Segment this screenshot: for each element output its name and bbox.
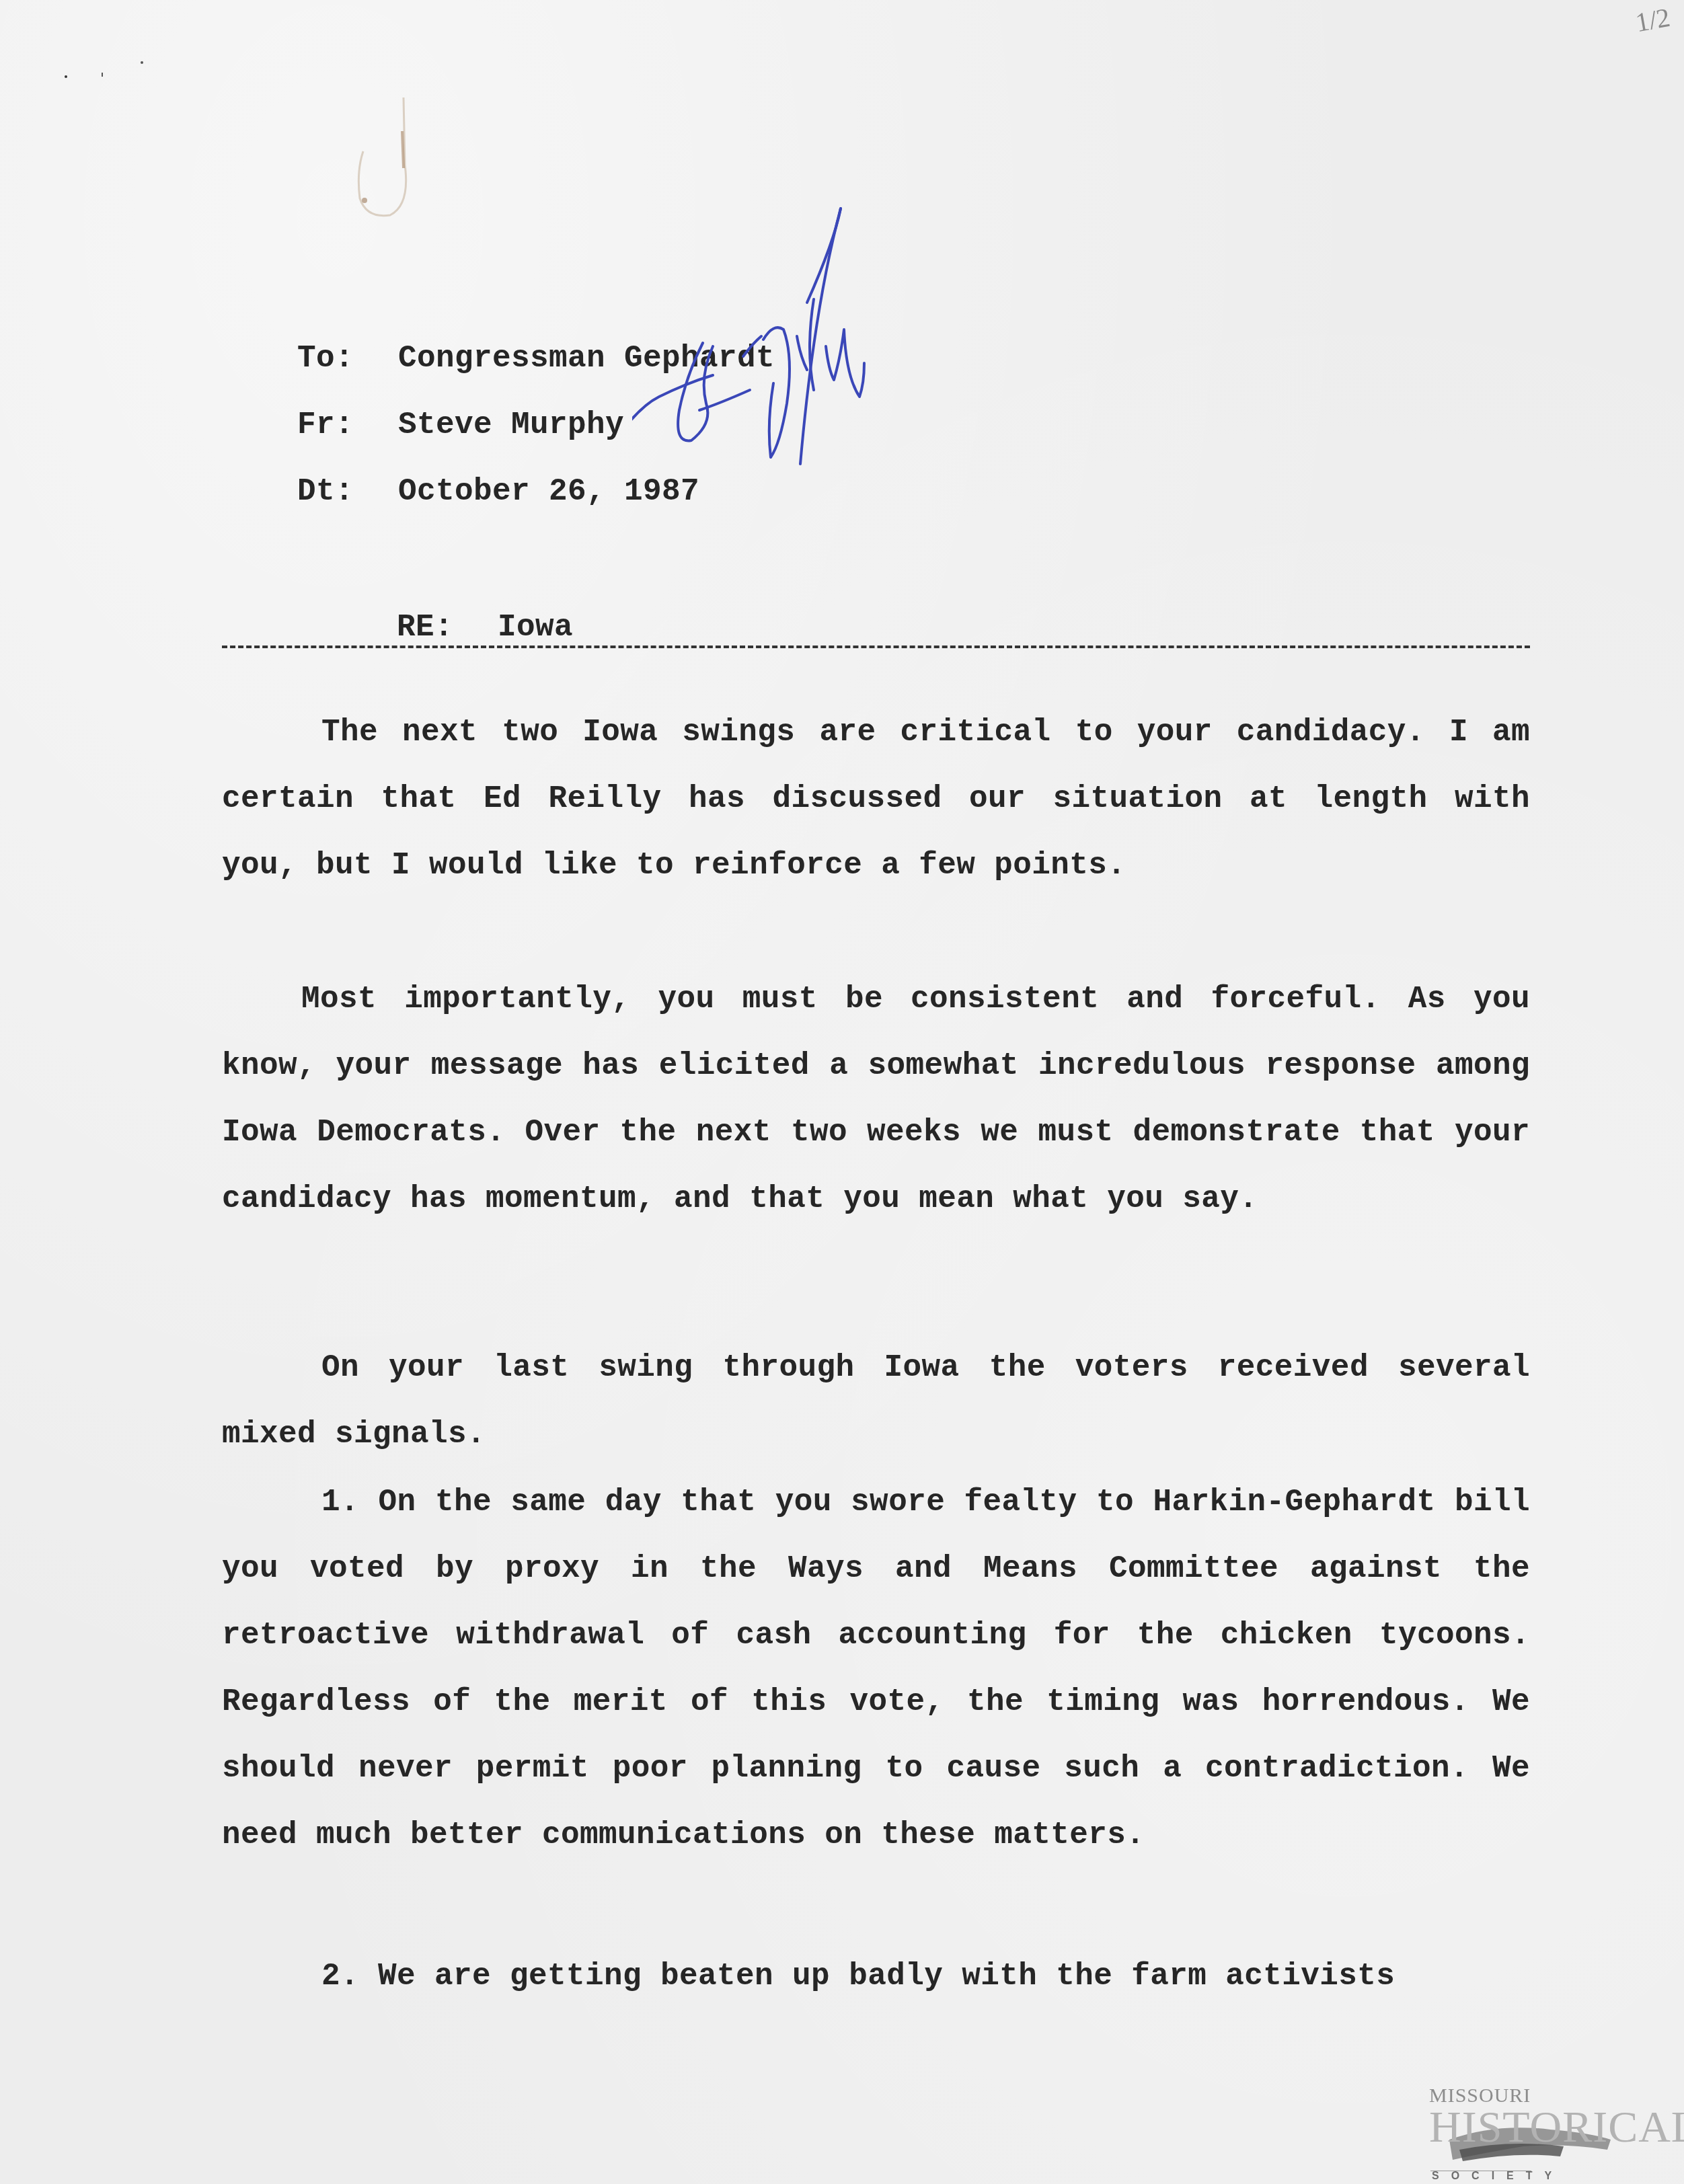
document-page: 1/2 To:Congressman Gephardt Fr:Steve Mur… (0, 0, 1684, 2184)
paragraph-point-2: 2. We are getting beaten up badly with t… (222, 1943, 1530, 2010)
handwritten-signature (632, 202, 1022, 484)
date-label: Dt: (297, 474, 398, 509)
paragraph-1: The next two Iowa swings are critical to… (222, 699, 1530, 899)
logo-line-2: HISTORICAL (1429, 2102, 1684, 2153)
from-label: Fr: (297, 407, 398, 442)
punch-marks (65, 59, 112, 79)
header-divider (222, 646, 1530, 648)
paragraph-2: Most importantly, you must be consistent… (222, 966, 1530, 1233)
paragraph-point-1: 1. On the same day that you swore fealty… (222, 1469, 1530, 1869)
paragraph-3: On your last swing through Iowa the vote… (222, 1335, 1530, 1468)
to-label: To: (297, 341, 398, 376)
logo-line-3: SOCIETY (1432, 2171, 1564, 2183)
re-line: RE:Iowa (321, 575, 573, 680)
re-value: Iowa (498, 610, 573, 645)
stain-mark (343, 91, 417, 225)
missouri-historical-society-logo: MISSOURI HISTORICAL SOCIETY (1429, 2084, 1684, 2184)
re-label: RE: (397, 610, 498, 645)
date-line: Dt:October 26, 1987 (222, 439, 699, 544)
page-number-mark: 1/2 (1633, 1, 1673, 38)
from-value: Steve Murphy (398, 407, 624, 442)
